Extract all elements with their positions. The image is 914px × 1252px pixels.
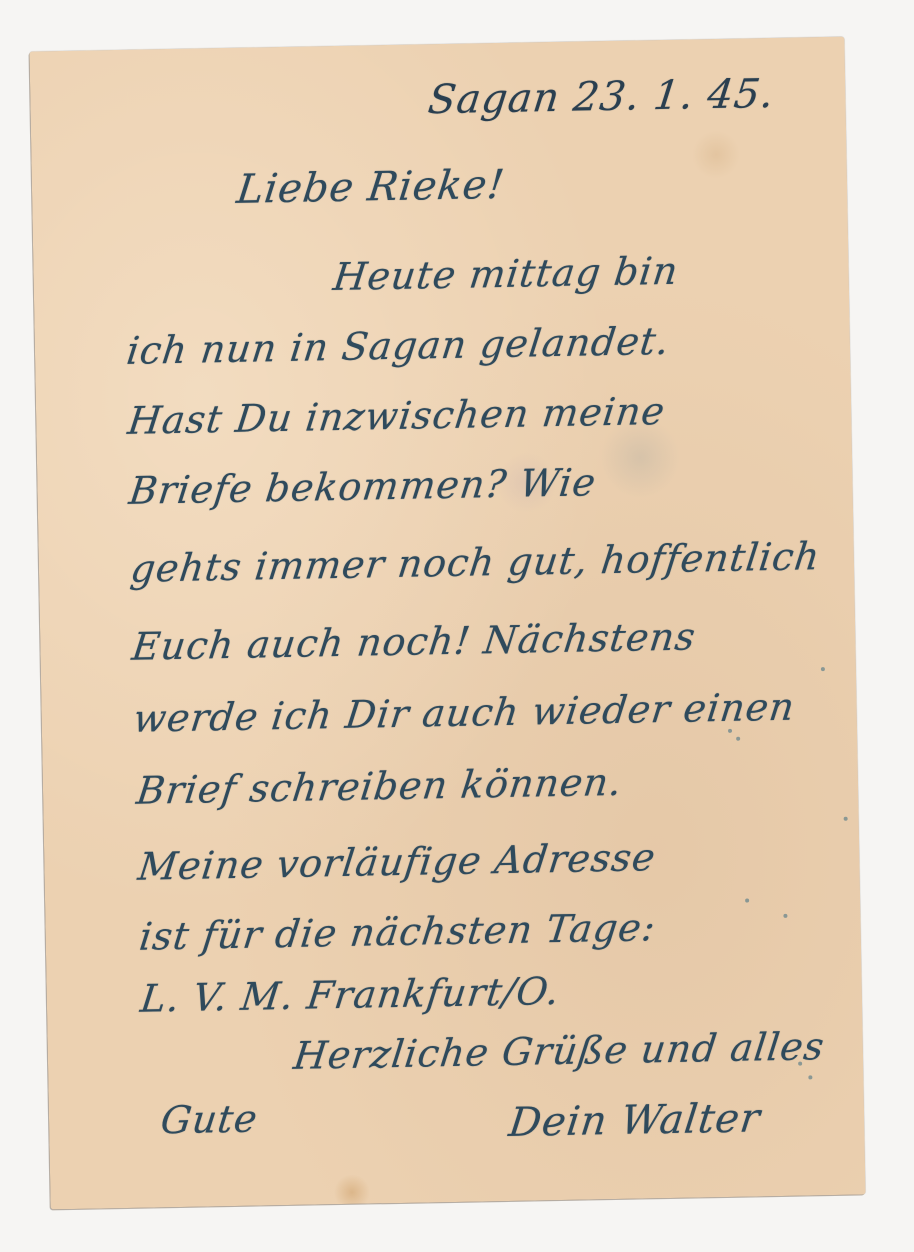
- ink-speck: [783, 914, 787, 918]
- body-line: ist für die nächsten Tage:: [137, 908, 658, 956]
- salutation: Liebe Rieke!: [235, 165, 507, 210]
- body-line: werde ich Dir auch wieder einen: [131, 688, 797, 738]
- body-line: Brief schreiben können.: [135, 763, 625, 810]
- body-line: ich nun in Sagan gelandet.: [125, 322, 672, 370]
- body-line: Briefe bekommen? Wie: [127, 463, 598, 510]
- body-line: Euch auch noch! Nächstens: [130, 617, 698, 665]
- letter-paper: Sagan 23. 1. 45. Liebe Rieke! Heute mitt…: [29, 37, 865, 1210]
- ink-speck: [844, 817, 848, 821]
- ink-speck: [798, 1062, 802, 1066]
- closing-line: Herzliche Grüße und alles: [292, 1027, 827, 1075]
- closing-line: Gute: [159, 1100, 260, 1140]
- body-line: Heute mittag bin: [331, 252, 680, 296]
- ink-speck: [808, 1075, 812, 1079]
- signature: Dein Walter: [507, 1098, 763, 1143]
- ink-speck: [821, 667, 825, 671]
- address-line: L. V. M. Frankfurt/O.: [139, 972, 562, 1018]
- place-date: Sagan 23. 1. 45.: [426, 74, 777, 120]
- ink-speck: [745, 899, 749, 903]
- body-line: Meine vorläufige Adresse: [136, 838, 658, 886]
- body-line: Hast Du inzwischen meine: [126, 392, 667, 440]
- body-line: gehts immer noch gut, hoffentlich: [129, 537, 823, 588]
- ink-speck: [728, 729, 732, 733]
- ink-speck: [736, 737, 740, 741]
